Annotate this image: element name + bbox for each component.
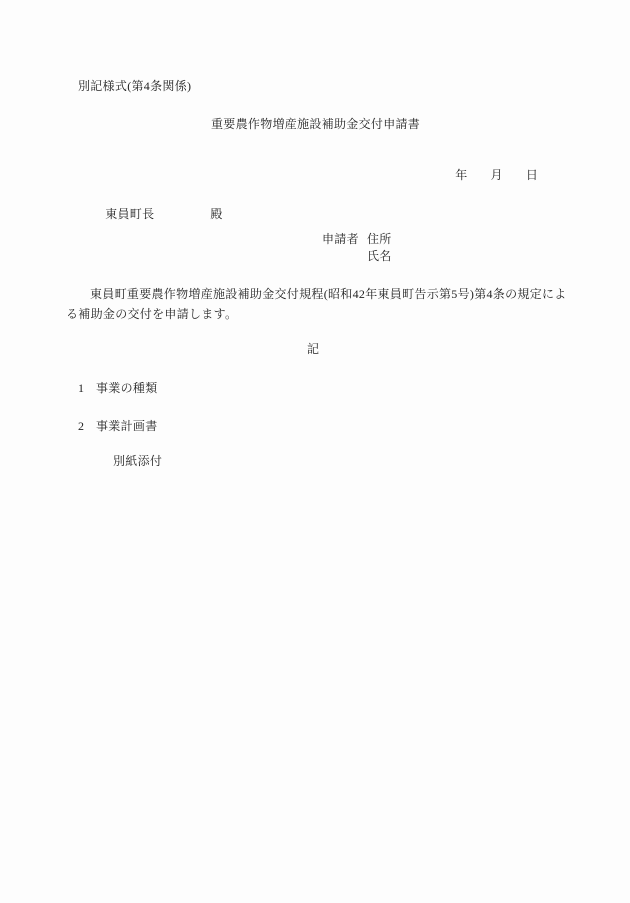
- date-day-label: 日: [526, 168, 538, 182]
- form-style-label: 別記様式(第4条関係): [78, 80, 191, 93]
- list-item-1-text: 事業の種類: [96, 382, 158, 395]
- addressee-honorific: 殿: [210, 207, 222, 221]
- addressee-name: 東員町長: [105, 207, 154, 221]
- applicant-name-label: 氏名: [367, 250, 392, 263]
- body-paragraph-line-1: 東員町重要農作物増産施設補助金交付規程(昭和42年東員町告示第5号)第4条の規定…: [90, 288, 567, 301]
- addressee-line: 東員町長殿: [92, 195, 223, 235]
- applicant-label: 申請者: [322, 233, 359, 246]
- date-line: 年月日: [442, 156, 538, 196]
- list-item-2-text: 事業計画書: [96, 420, 158, 433]
- date-month-label: 月: [491, 168, 503, 182]
- applicant-address-label: 住所: [367, 233, 392, 246]
- date-year-label: 年: [455, 168, 467, 182]
- attachment-note: 別紙添付: [113, 455, 162, 468]
- list-item-2-number: 2: [78, 420, 84, 433]
- document-title: 重要農作物増産施設補助金交付申請書: [211, 118, 420, 131]
- list-heading-ki: 記: [307, 343, 319, 356]
- document-page: 別記様式(第4条関係) 重要農作物増産施設補助金交付申請書 年月日 東員町長殿 …: [0, 0, 630, 903]
- list-item-1-number: 1: [78, 382, 84, 395]
- body-paragraph-line-2: る補助金の交付を申請します。: [66, 308, 237, 321]
